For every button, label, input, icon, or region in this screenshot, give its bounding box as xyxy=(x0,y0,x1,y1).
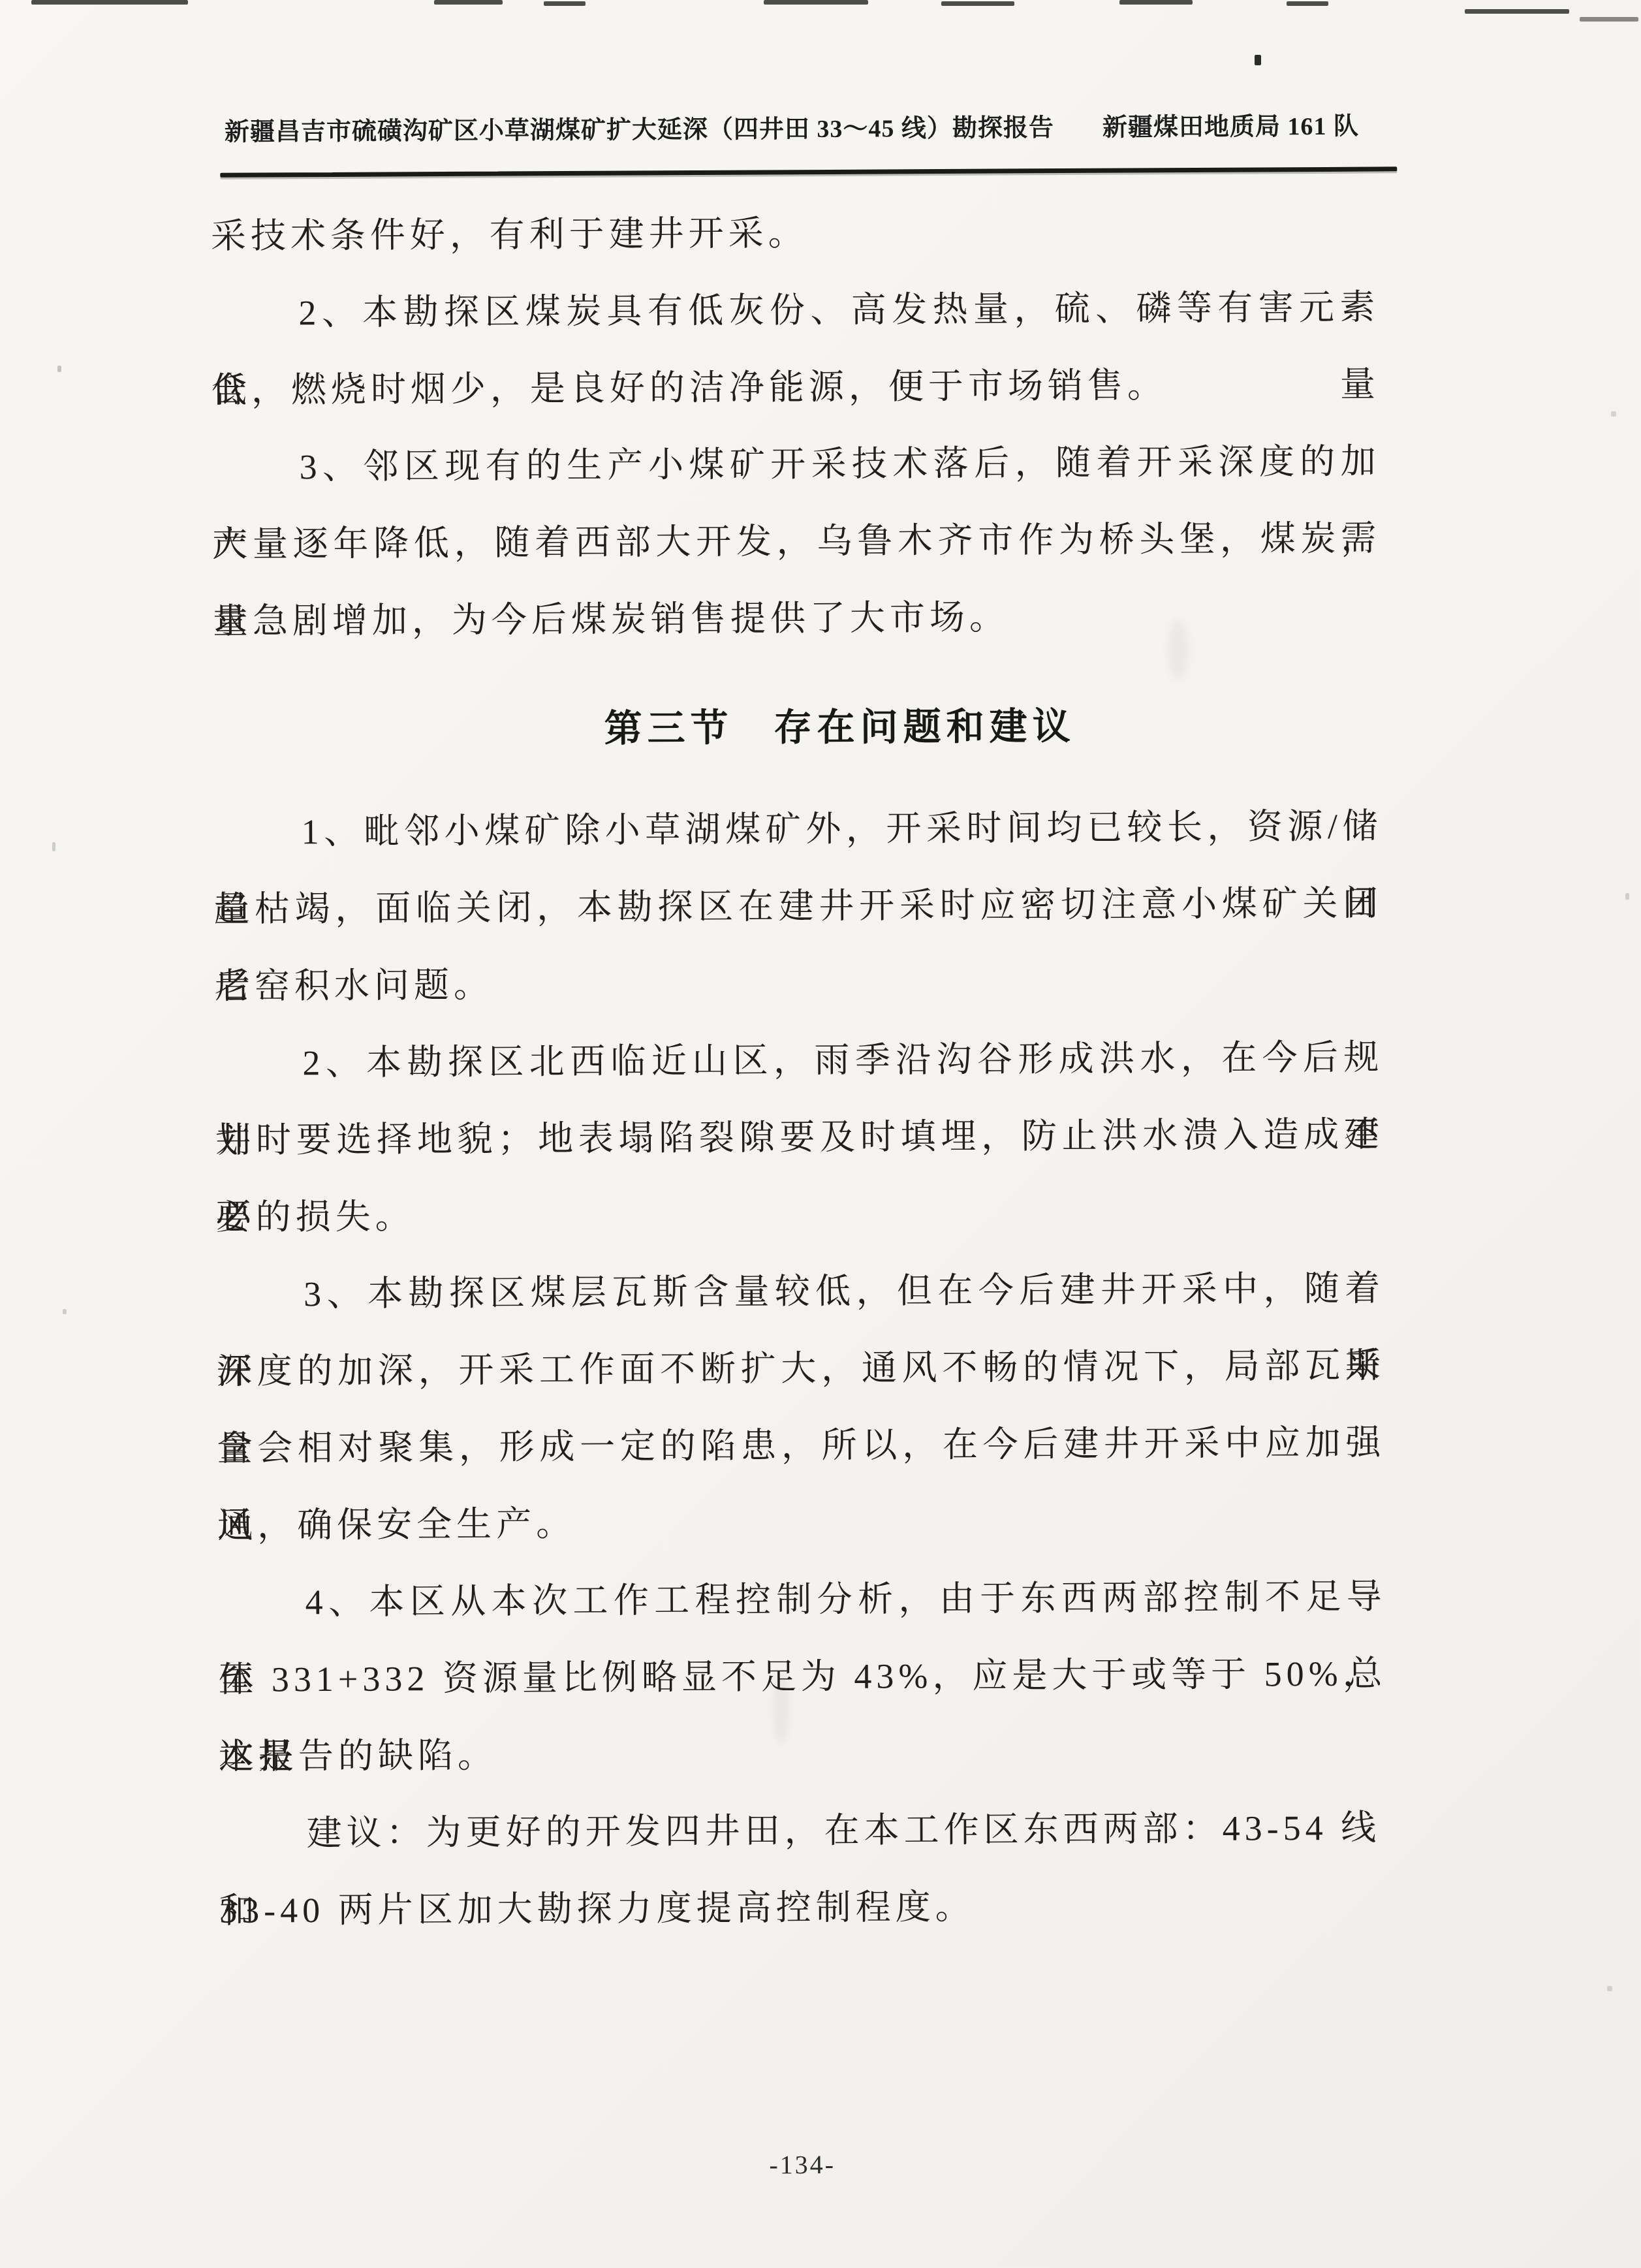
header-report-title: 新疆昌吉市硫磺沟矿区小草湖煤矿扩大延深（四井田 33～45 线）勘探报告 xyxy=(225,107,1054,148)
body-line: 产量逐年降低，随着西部大开发，乌鲁木齐市作为桥头堡，煤炭需求 xyxy=(212,499,1381,582)
body-line: 4、本区从本次工作工程控制分析，由于东西两部控制不足导至总 xyxy=(217,1558,1386,1641)
body-line: 趋枯竭，面临关闭，本勘探区在建井开采时应密切注意小煤矿关闭后 xyxy=(214,864,1383,947)
section-number: 第三节 xyxy=(604,697,733,752)
body-line: 量急剧增加，为今后煤炭销售提供了大市场。 xyxy=(213,576,1382,659)
body-line: 量会相对聚集，形成一定的陷患，所以，在今后建井开采中应加强通 xyxy=(217,1404,1386,1487)
scanned-report-page: 新疆昌吉市硫磺沟矿区小草湖煤矿扩大延深（四井田 33～45 线）勘探报告 新疆煤… xyxy=(0,0,1641,2268)
body-line: 建议：为更好的开发四井田，在本工作区东西两部：43-54 线和 xyxy=(219,1789,1388,1872)
body-line: 老窑积水问题。 xyxy=(214,941,1383,1024)
body-line: 体 331+332 资源量比例略显不足为 43%，应是大于或等于 50%，这是 xyxy=(218,1635,1387,1718)
body-line: 2、本勘探区煤炭具有低灰份、高发热量，硫、磷等有害元素含量 xyxy=(211,268,1380,351)
page-number: -134- xyxy=(5,2145,1599,2184)
page-content: 新疆昌吉市硫磺沟矿区小草湖煤矿扩大延深（四井田 33～45 线）勘探报告 新疆煤… xyxy=(0,0,1641,2268)
running-header: 新疆昌吉市硫磺沟矿区小草湖煤矿扩大延深（四井田 33～45 线）勘探报告 新疆煤… xyxy=(225,106,1359,148)
body-line: 采技术条件好，有利于建井开采。 xyxy=(210,192,1379,275)
section-title: 存在问题和建议 xyxy=(774,695,1075,751)
body-line: 3、本勘探区煤层瓦斯含量较低，但在今后建井开采中，随着开采 xyxy=(216,1250,1385,1332)
body-line: 深度的加深，开采工作面不断扩大，通风不畅的情况下，局部瓦斯含 xyxy=(217,1327,1386,1410)
body-line: 1、毗邻小煤矿除小草湖煤矿外，开采时间均已较长，资源/储量日 xyxy=(213,787,1383,870)
section-heading: 第三节 存在问题和建议 xyxy=(213,654,1382,793)
header-organization: 新疆煤田地质局 161 队 xyxy=(1102,106,1359,143)
body-line: 要的损失。 xyxy=(215,1173,1384,1255)
body-line: 33-40 两片区加大勘探力度提高控制程度。 xyxy=(219,1866,1388,1949)
header-rule xyxy=(220,166,1397,177)
document-body: 采技术条件好，有利于建井开采。 2、本勘探区煤炭具有低灰份、高发热量，硫、磷等有… xyxy=(210,192,1388,1949)
body-line: 本报告的缺陷。 xyxy=(219,1712,1388,1795)
body-line: 3、邻区现有的生产小煤矿开采技术落后，随着开采深度的加大， xyxy=(211,422,1381,505)
body-line: 2、本勘探区北西临近山区，雨季沿沟谷形成洪水，在今后规划建 xyxy=(215,1018,1384,1101)
body-line: 井时要选择地貌；地表塌陷裂隙要及时填埋，防止洪水溃入造成不必 xyxy=(215,1095,1384,1178)
body-line: 风，确保安全生产。 xyxy=(217,1481,1386,1564)
